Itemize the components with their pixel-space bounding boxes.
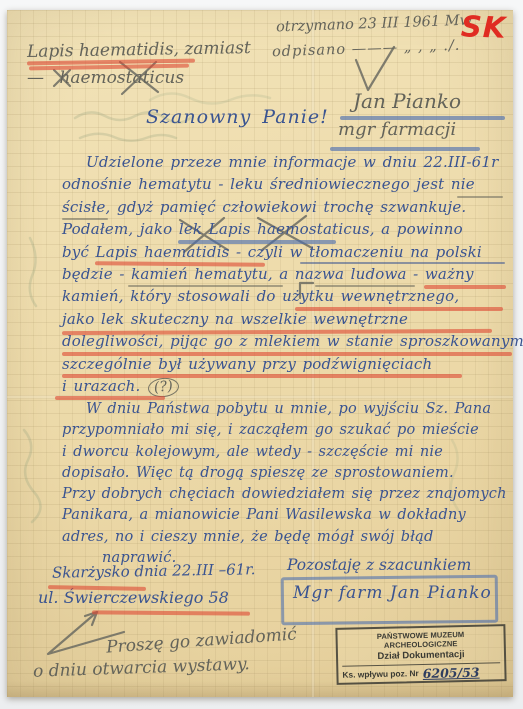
- letter-paragraph-2: W dniu Państwa pobytu u mnie, po wyjściu…: [62, 401, 507, 571]
- circled-question-mark: (?): [147, 376, 180, 398]
- museum-stamp: PAŃSTWOWE MUZEUM ARCHEOLOGICZNE Dział Do…: [335, 624, 506, 685]
- letter-line: i dworcu kolejowym, ale wtedy - szczęści…: [62, 444, 507, 465]
- valediction: Pozostaję z szacunkiem: [287, 556, 471, 574]
- letter-line: Panikara, a mianowicie Pani Wasilewska w…: [62, 507, 507, 528]
- letter-line: W dniu Państwa pobytu u mnie, po wyjściu…: [62, 401, 507, 422]
- scanned-letter-page: otrzymano 23 III 1961 Mw odpisano ——— „ …: [0, 0, 523, 709]
- correction-note-line1: Lapis haematidis, zamiast: [27, 38, 251, 62]
- salutation: Szanowny Panie!: [146, 106, 329, 128]
- letter-line: jako lek skuteczny na wszelkie wewnętrzn…: [62, 310, 523, 332]
- letter-line: być Lapis haematidis - czyli w tłomaczen…: [62, 243, 523, 265]
- letter-line: przypomniało mi się, i zacząłem go szuka…: [62, 422, 507, 443]
- correction-note-line2: — haemostaticus: [27, 68, 184, 88]
- initials-mark: SK: [460, 9, 507, 45]
- author-title: mgr farmacji: [338, 119, 456, 140]
- letter-line: ścisłe, gdyż pamięć człowiekowi trochę s…: [62, 198, 523, 220]
- letter-line: adres, no i cieszy mnie, że będę mógł sw…: [62, 529, 507, 550]
- stamp-register-label: Ks. wpływu poz. Nr: [342, 668, 419, 680]
- letter-line: będzie - kamień hematytu, a nazwa ludowa…: [62, 265, 523, 287]
- letter-line: Podałem, jako lek Lapis haemostaticus, a…: [62, 220, 523, 242]
- author-name: Jan Pianko: [353, 89, 461, 113]
- letter-paragraph-1: Udzielone przeze mnie informacje w dniu …: [62, 153, 523, 399]
- place-and-date: Skarżysko dnia 22.III –61r.: [52, 560, 256, 582]
- letter-line: kamień, który stosowali do użytku wewnęt…: [62, 287, 523, 309]
- letter-line: Przy dobrych chęciach dowiedziałem się p…: [62, 486, 507, 507]
- letter-line-text: i urazach.: [62, 377, 141, 395]
- sender-address: ul. Świerczewskiego 58: [38, 588, 229, 607]
- letter-line: Udzielone przeze mnie informacje w dniu …: [62, 153, 523, 175]
- signature: Mgr farm Jan Pianko: [293, 583, 492, 603]
- letter-line: szczególnie był używany przy podźwignięc…: [62, 355, 523, 377]
- stamp-register-number: 6205/53: [423, 668, 480, 678]
- letter-line: dopisało. Więc tą drogą spieszę ze spros…: [62, 465, 507, 486]
- letter-line: dolegliwości, pijąc go z mlekiem w stani…: [62, 332, 523, 354]
- letter-line: i urazach.(?): [62, 377, 523, 399]
- letter-line: odnośnie hematytu - leku średniowieczneg…: [62, 175, 523, 197]
